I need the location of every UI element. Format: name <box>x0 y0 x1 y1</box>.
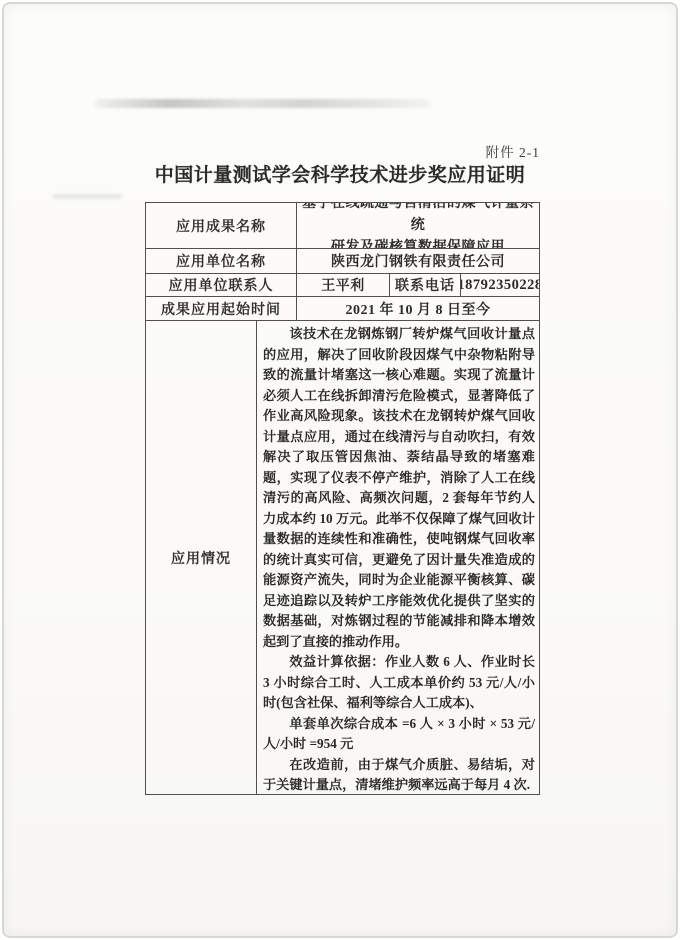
scan-artifact-streak <box>95 99 431 108</box>
contact-label: 应用单位联系人 <box>146 274 296 296</box>
table-row-application: 应用情况 该技术在龙钢炼钢厂转炉煤气回收计量点的应用，解决了回收阶段因煤气中杂物… <box>146 320 539 794</box>
unit-name-value: 陕西龙门钢铁有限责任公司 <box>296 249 539 273</box>
result-name-value: 基于在线疏通与自清洁的煤气计量系统 研发及碳核算数据保障应用 <box>296 203 539 248</box>
application-label: 应用情况 <box>146 321 256 794</box>
scanned-document-page: { "page": { "attachment_label": "附件 2-1"… <box>0 0 680 940</box>
contact-name-value: 王平利 <box>296 274 389 296</box>
attachment-label: 附件 2-1 <box>486 141 540 161</box>
application-paragraph: 单套单次综合成本 =6 人 × 3 小时 × 53 元/人/小时 =954 元 <box>263 714 535 755</box>
application-paragraph: 在改造前，由于煤气介质脏、易结垢，对于关键计量点，清堵维护频率远高于每月 4 次… <box>263 755 535 795</box>
scan-artifact-mark <box>52 194 122 199</box>
table-row-result-name: 应用成果名称 基于在线疏通与自清洁的煤气计量系统 研发及碳核算数据保障应用 <box>146 203 539 248</box>
application-paragraph: 该技术在龙钢炼钢厂转炉煤气回收计量点的应用，解决了回收阶段因煤气中杂物粘附导致的… <box>263 324 535 652</box>
application-content: 该技术在龙钢炼钢厂转炉煤气回收计量点的应用，解决了回收阶段因煤气中杂物粘附导致的… <box>256 321 539 794</box>
table-row-unit-name: 应用单位名称 陕西龙门钢铁有限责任公司 <box>146 248 539 273</box>
start-time-value: 2021 年 10 月 8 日至今 <box>296 297 539 320</box>
start-time-label: 成果应用起始时间 <box>146 297 296 320</box>
table-row-start-time: 成果应用起始时间 2021 年 10 月 8 日至今 <box>146 296 539 320</box>
document-title: 中国计量测试学会科学技术进步奖应用证明 <box>0 160 680 187</box>
contact-phone-value: 18792350228 <box>460 274 539 296</box>
application-paragraph: 效益计算依据：作业人数 6 人、作业时长 3 小时综合工时、人工成本单价约 53… <box>263 652 535 714</box>
result-name-label: 应用成果名称 <box>146 203 296 248</box>
contact-phone-label: 联系电话 <box>389 274 460 296</box>
table-row-contact: 应用单位联系人 王平利 联系电话 18792350228 <box>146 273 539 296</box>
unit-name-label: 应用单位名称 <box>146 249 296 273</box>
certificate-table: 应用成果名称 基于在线疏通与自清洁的煤气计量系统 研发及碳核算数据保障应用 应用… <box>145 202 540 795</box>
